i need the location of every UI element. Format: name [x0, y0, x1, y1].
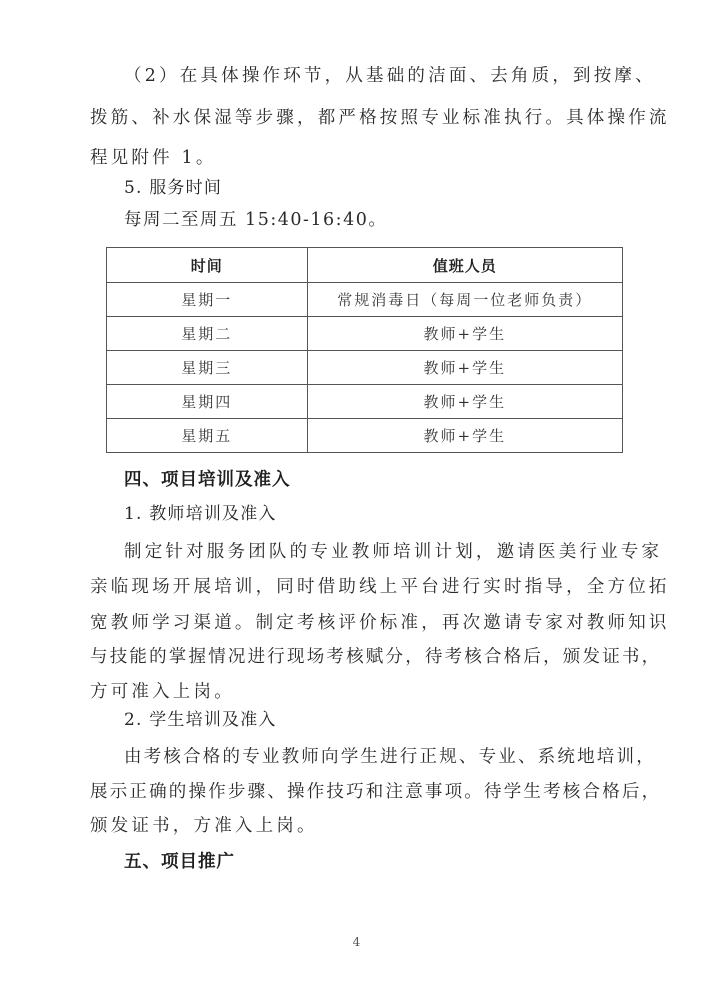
- table-row: 星期二 教师+学生: [107, 317, 623, 351]
- column-header-time: 时间: [107, 248, 308, 283]
- column-header-staff: 值班人员: [307, 248, 622, 283]
- cell-staff: 教师+学生: [307, 317, 622, 351]
- paragraph-line: 颁发证书，方准入上岗。: [90, 814, 638, 838]
- paragraph-line: 亲临现场开展培训，同时借助线上平台进行实时指导，全方位拓: [90, 575, 638, 599]
- cell-staff: 常规消毒日（每周一位老师负责）: [307, 283, 622, 317]
- paragraph-line: 展示正确的操作步骤、操作技巧和注意事项。待学生考核合格后，: [90, 780, 638, 804]
- cell-day: 星期三: [107, 351, 308, 385]
- cell-day: 星期二: [107, 317, 308, 351]
- paragraph-line: 拨筋、补水保湿等步骤，都严格按照专业标准执行。具体操作流: [90, 106, 638, 130]
- table-header-row: 时间 值班人员: [107, 248, 623, 283]
- paragraph-line: 宽教师学习渠道。制定考核评价标准，再次邀请专家对教师知识: [90, 611, 638, 635]
- section-heading-service-time: 5. 服务时间: [124, 176, 672, 200]
- paragraph-line: 程见附件 1。: [90, 146, 638, 170]
- cell-staff: 教师+学生: [307, 419, 622, 453]
- table-row: 星期四 教师+学生: [107, 385, 623, 419]
- section-heading-promotion: 五、项目推广: [124, 850, 672, 874]
- paragraph-line: 制定针对服务团队的专业教师培训计划，邀请医美行业专家: [124, 540, 672, 564]
- cell-staff: 教师+学生: [307, 351, 622, 385]
- table-row: 星期三 教师+学生: [107, 351, 623, 385]
- cell-staff: 教师+学生: [307, 385, 622, 419]
- subsection-heading-teacher: 1. 教师培训及准入: [124, 502, 672, 526]
- paragraph-line: 由考核合格的专业教师向学生进行正规、专业、系统地培训，: [124, 745, 672, 769]
- table-row: 星期五 教师+学生: [107, 419, 623, 453]
- cell-day: 星期五: [107, 419, 308, 453]
- table-row: 星期一 常规消毒日（每周一位老师负责）: [107, 283, 623, 317]
- paragraph-line: 与技能的掌握情况进行现场考核赋分，待考核合格后，颁发证书，: [90, 645, 638, 669]
- paragraph-line: 方可准入上岗。: [90, 680, 638, 704]
- cell-day: 星期四: [107, 385, 308, 419]
- service-time-text: 每周二至周五 15:40-16:40。: [124, 208, 672, 232]
- subsection-heading-student: 2. 学生培训及准入: [124, 708, 672, 732]
- paragraph-line: （2）在具体操作环节，从基础的洁面、去角质，到按摩、: [124, 64, 672, 88]
- page-number: 4: [0, 935, 713, 949]
- cell-day: 星期一: [107, 283, 308, 317]
- section-heading-training: 四、项目培训及准入: [124, 468, 672, 492]
- schedule-table: 时间 值班人员 星期一 常规消毒日（每周一位老师负责） 星期二 教师+学生 星期…: [106, 247, 623, 453]
